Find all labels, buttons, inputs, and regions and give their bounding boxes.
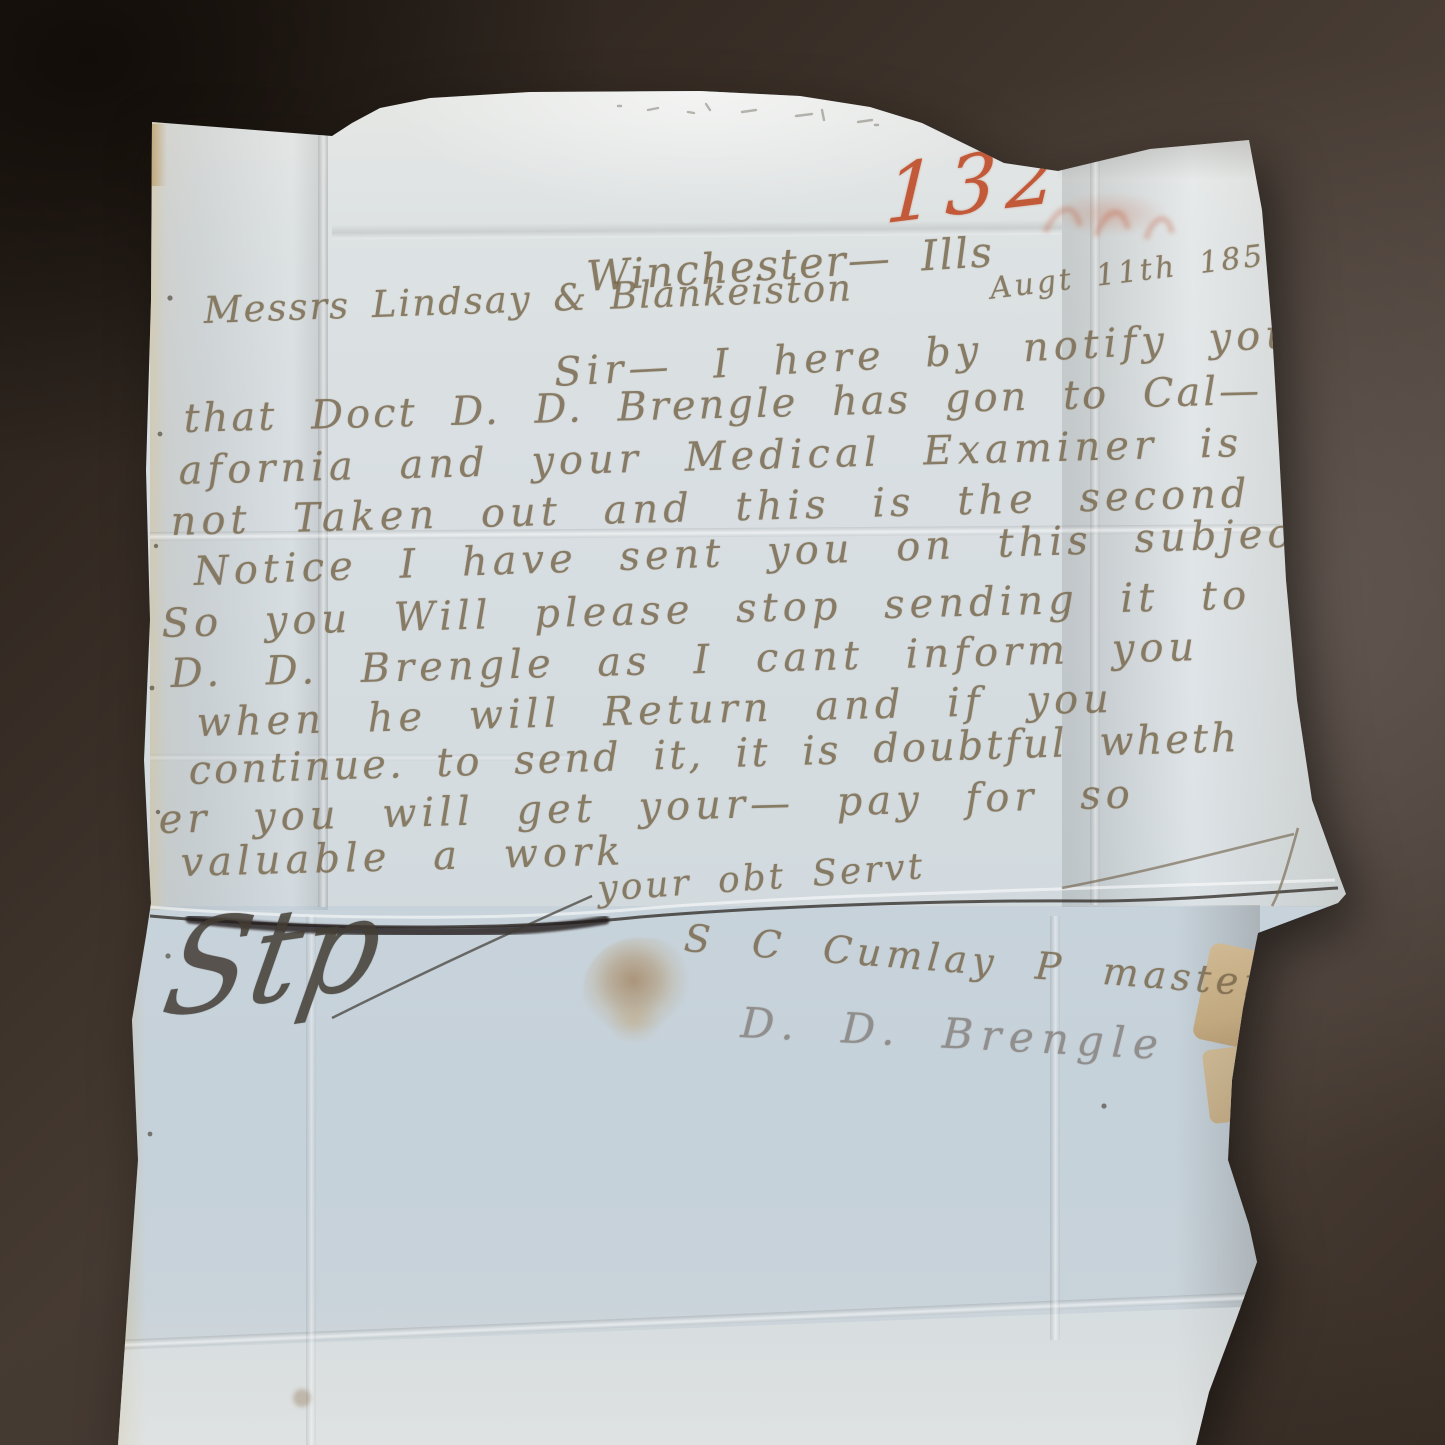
bottom-small-stain <box>293 1389 311 1407</box>
top-edge-specks <box>618 104 878 125</box>
photo-of-letter: 132 Winchester— Ills Augt 11th 1851 Mess… <box>0 0 1445 1445</box>
docket-scrawl: Stp <box>155 878 392 1037</box>
letter-paper: 132 Winchester— Ills Augt 11th 1851 Mess… <box>0 0 1445 1445</box>
closing-flourish-stroke <box>1062 834 1294 888</box>
paper-shadow-wrap: 132 Winchester— Ills Augt 11th 1851 Mess… <box>0 0 1445 1445</box>
signature-trailing-flourish <box>1300 985 1335 1028</box>
